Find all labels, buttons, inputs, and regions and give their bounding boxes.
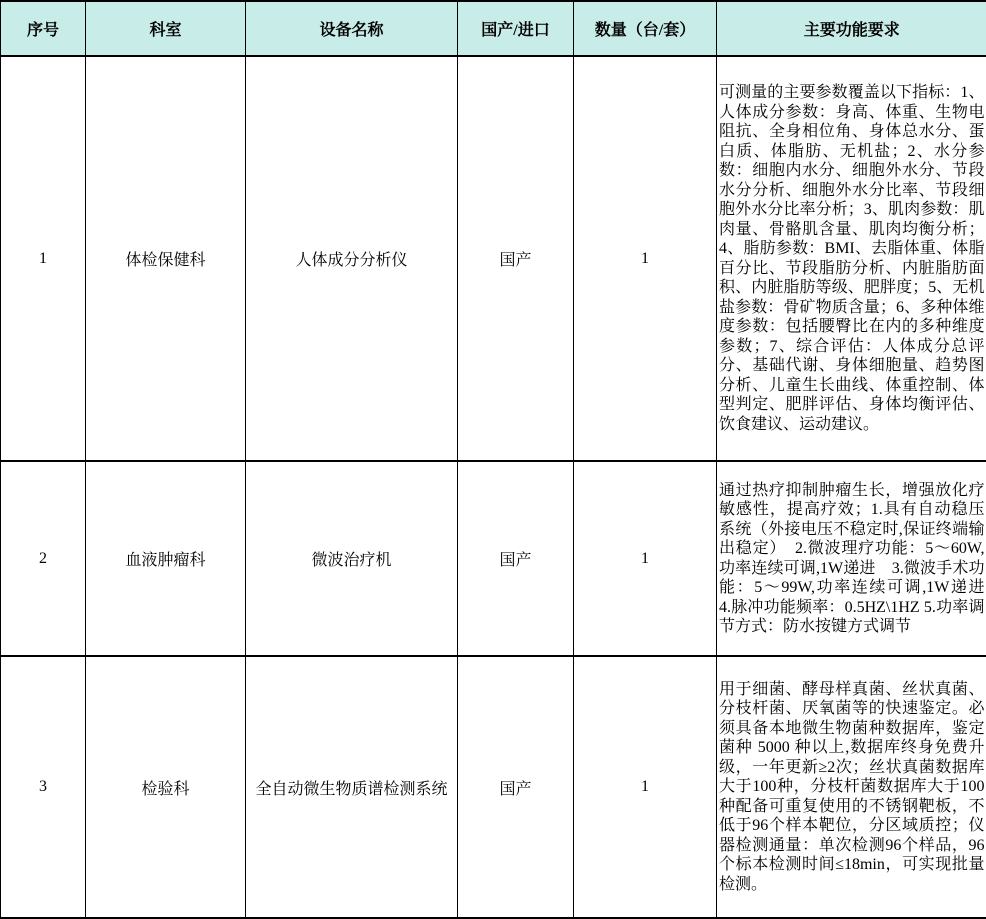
cell-device-name: 微波治疗机 — [246, 461, 458, 656]
cell-no: 3 — [1, 656, 86, 918]
cell-origin: 国产 — [458, 461, 574, 656]
table-row: 3 检验科 全自动微生物质谱检测系统 国产 1 用于细菌、酵母样真菌、丝状真菌、… — [1, 656, 986, 918]
cell-quantity: 1 — [574, 56, 717, 461]
cell-department: 血液肿瘤科 — [86, 461, 246, 656]
col-header-no: 序号 — [1, 1, 86, 56]
cell-origin: 国产 — [458, 56, 574, 461]
cell-device-name: 人体成分分析仪 — [246, 56, 458, 461]
cell-requirements: 通过热疗抑制肿瘤生长，增强放化疗敏感性，提高疗效；1.具有自动稳压系统（外接电压… — [717, 461, 986, 656]
cell-quantity: 1 — [574, 461, 717, 656]
col-header-quantity: 数量（台/套） — [574, 1, 717, 56]
table-row: 1 体检保健科 人体成分分析仪 国产 1 可测量的主要参数覆盖以下指标：1、人体… — [1, 56, 986, 461]
table-header-row: 序号 科室 设备名称 国产/进口 数量（台/套） 主要功能要求 — [1, 1, 986, 56]
col-header-department: 科室 — [86, 1, 246, 56]
col-header-device-name: 设备名称 — [246, 1, 458, 56]
col-header-requirements: 主要功能要求 — [717, 1, 986, 56]
equipment-requirements-table: 序号 科室 设备名称 国产/进口 数量（台/套） 主要功能要求 1 体检保健科 … — [0, 0, 986, 919]
cell-no: 2 — [1, 461, 86, 656]
cell-department: 检验科 — [86, 656, 246, 918]
cell-requirements: 可测量的主要参数覆盖以下指标：1、人体成分参数：身高、体重、生物电阻抗、全身相位… — [717, 56, 986, 461]
cell-department: 体检保健科 — [86, 56, 246, 461]
cell-device-name: 全自动微生物质谱检测系统 — [246, 656, 458, 918]
table-row: 2 血液肿瘤科 微波治疗机 国产 1 通过热疗抑制肿瘤生长，增强放化疗敏感性，提… — [1, 461, 986, 656]
cell-origin: 国产 — [458, 656, 574, 918]
cell-quantity: 1 — [574, 656, 717, 918]
col-header-origin: 国产/进口 — [458, 1, 574, 56]
cell-requirements: 用于细菌、酵母样真菌、丝状真菌、分枝杆菌、厌氧菌等的快速鉴定。必须具备本地微生物… — [717, 656, 986, 918]
cell-no: 1 — [1, 56, 86, 461]
